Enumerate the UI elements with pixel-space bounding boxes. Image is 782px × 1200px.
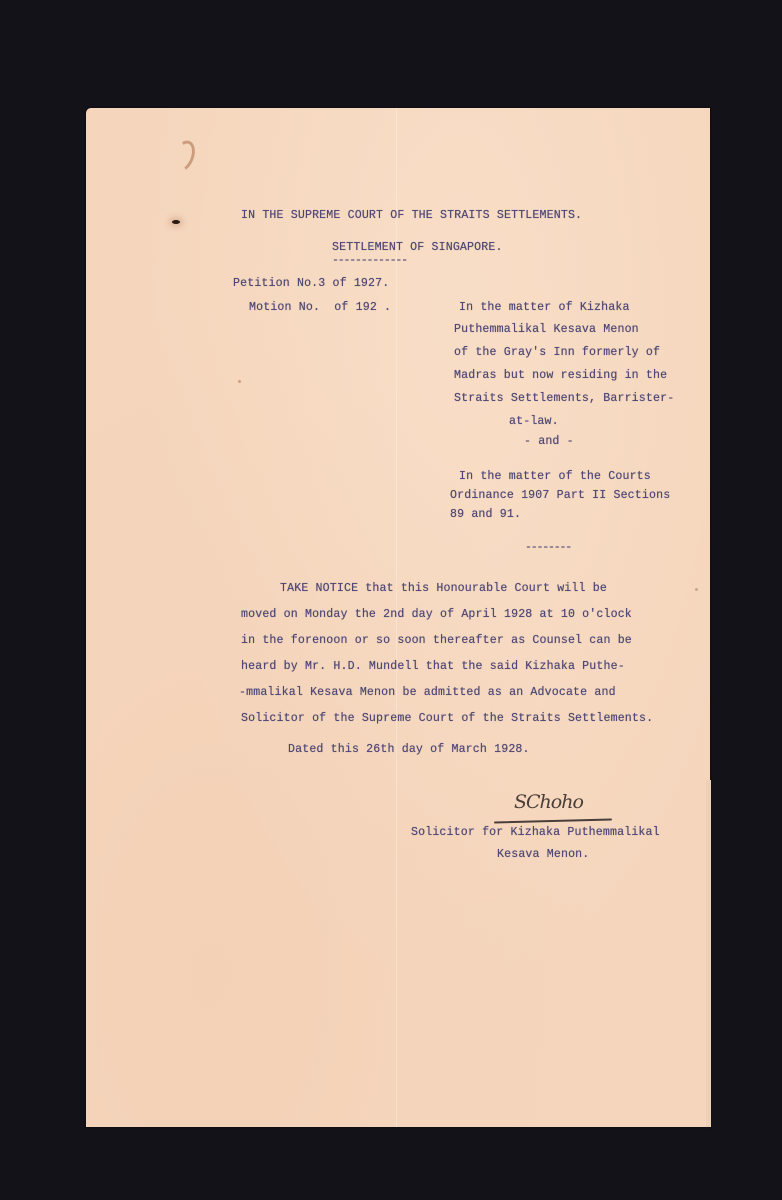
signatory-line-1: Solicitor for Kizhaka Puthemmalikal [411,827,660,839]
matter-1-line: Straits Settlements, Barrister- [454,393,674,405]
document-page: IN THE SUPREME COURT OF THE STRAITS SETT… [86,108,710,1127]
matter-2-line: In the matter of the Courts [459,471,651,483]
section-separator: -------- [525,542,571,554]
motion-number: Motion No. of 192 . [249,302,391,314]
notice-line: Solicitor of the Supreme Court of the St… [241,713,653,725]
petition-number: Petition No.3 of 1927. [233,278,389,290]
matter-1-line: of the Gray's Inn formerly of [454,347,660,359]
matter-2-line: Ordinance 1907 Part II Sections [450,490,670,502]
notice-line: -mmalikal Kesava Menon be admitted as an… [239,687,616,699]
date-line: Dated this 26th day of March 1928. [288,744,530,756]
notice-line: moved on Monday the 2nd day of April 192… [241,609,632,621]
matter-1-line: In the matter of Kizhaka [459,302,630,314]
punch-hole [172,220,180,224]
matter-1-line: at-law. [509,416,559,428]
notice-line: TAKE NOTICE that this Honourable Court w… [280,583,607,595]
conjunction-and: - and - [524,436,574,448]
notice-line: in the forenoon or so soon thereafter as… [241,635,632,647]
court-heading: IN THE SUPREME COURT OF THE STRAITS SETT… [241,210,582,222]
paper-stain [169,138,199,175]
paper-edge [706,780,711,1127]
paper-speck [695,588,698,591]
signature-underline [494,818,612,823]
heading-underline: ------------- [332,255,407,267]
notice-line: heard by Mr. H.D. Mundell that the said … [241,661,625,673]
matter-2-line: 89 and 91. [450,509,521,521]
matter-1-line: Madras but now residing in the [454,370,667,382]
matter-1-line: Puthemmalikal Kesava Menon [454,324,639,336]
signatory-line-2: Kesava Menon. [497,849,589,861]
paper-speck [238,380,241,383]
settlement-heading: SETTLEMENT OF SINGAPORE. [332,242,503,254]
handwritten-signature: SChoho [514,791,583,813]
